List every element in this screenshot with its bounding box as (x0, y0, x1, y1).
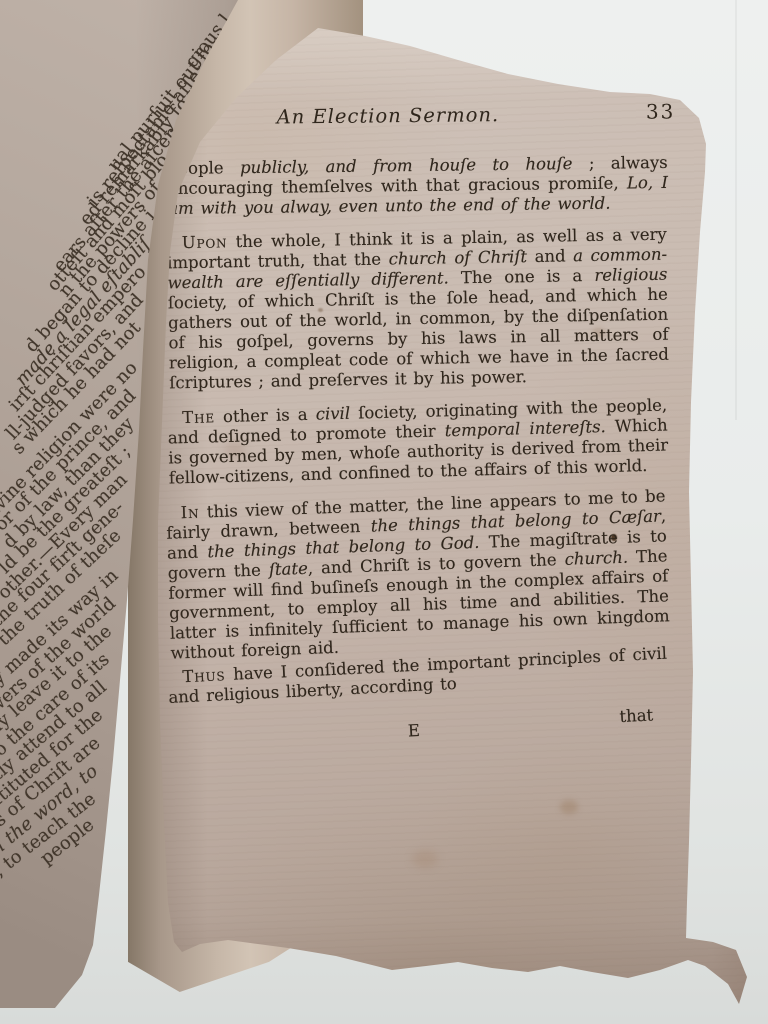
text-segment: church. (564, 548, 628, 569)
text-segment: Upon (182, 232, 228, 252)
body-text: people publicly, and from houſe to houſe… (168, 156, 668, 745)
text-segment: publicly, and from houſe to houſe (240, 154, 573, 177)
text-segment: ſtate (269, 559, 309, 579)
signature-mark: E (407, 721, 421, 742)
foxing-stain (412, 850, 438, 868)
paragraph: The other is a civil ſociety, originatin… (167, 395, 669, 488)
ink-speck (732, 902, 737, 907)
background-wall-seam (735, 0, 737, 420)
page-number: 33 (646, 99, 676, 123)
text-segment: civil (315, 404, 350, 424)
foxing-stain (560, 800, 578, 814)
text-segment: Thus (182, 665, 226, 686)
book-photo: { "page": { "header": { "title": "An Ele… (0, 0, 768, 1024)
catchword: that (619, 706, 654, 728)
paragraph: In this view of the matter, the line app… (165, 486, 670, 663)
signature-row: E that (168, 709, 669, 757)
paragraph: people publicly, and from houſe to houſe… (168, 153, 669, 219)
running-title: An Election Sermon. (168, 102, 608, 130)
right-page: An Election Sermon. 33 people publicly, … (140, 22, 755, 1007)
text-segment: ſociety, of which Chriſt is the ſole hea… (168, 285, 669, 393)
paragraph: Upon the whole, I think it is a plain, a… (167, 225, 670, 394)
text-segment: The one is a (449, 266, 595, 288)
text-segment: The (182, 407, 215, 427)
ink-speck (742, 914, 746, 918)
text-segment: and (527, 246, 573, 266)
text-segment: In (180, 503, 199, 523)
page-header: An Election Sermon. 33 (168, 101, 668, 148)
text-segment: religious (594, 265, 667, 285)
text-segment: other is a (215, 405, 316, 427)
page-content: An Election Sermon. 33 people publicly, … (168, 104, 668, 745)
text-segment: church of Chriſt (388, 247, 527, 268)
